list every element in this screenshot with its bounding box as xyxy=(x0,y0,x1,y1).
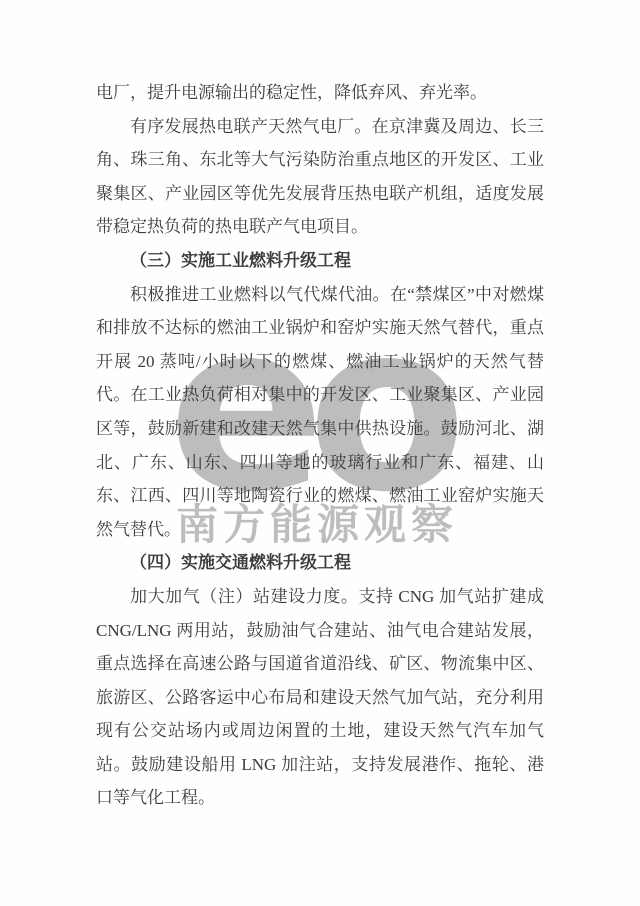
section-heading-3: （三）实施工业燃料升级工程 xyxy=(96,244,544,278)
section-heading-4: （四）实施交通燃料升级工程 xyxy=(96,546,544,580)
paragraph: 加大加气（注）站建设力度。支持 CNG 加气站扩建成 CNG/LNG 两用站，鼓… xyxy=(96,580,544,815)
paragraph-continuation: 电厂，提升电源输出的稳定性，降低弃风、弃光率。 xyxy=(96,76,544,110)
paragraph: 积极推进工业燃料以气代煤代油。在“禁煤区”中对燃煤和排放不达标的燃油工业锅炉和窑… xyxy=(96,278,544,547)
document-body: 电厂，提升电源输出的稳定性，降低弃风、弃光率。 有序发展热电联产天然气电厂。在京… xyxy=(96,76,544,815)
document-page: eo 南方能源观察 电厂，提升电源输出的稳定性，降低弃风、弃光率。 有序发展热电… xyxy=(0,0,640,906)
paragraph: 有序发展热电联产天然气电厂。在京津冀及周边、长三角、珠三角、东北等大气污染防治重… xyxy=(96,110,544,244)
